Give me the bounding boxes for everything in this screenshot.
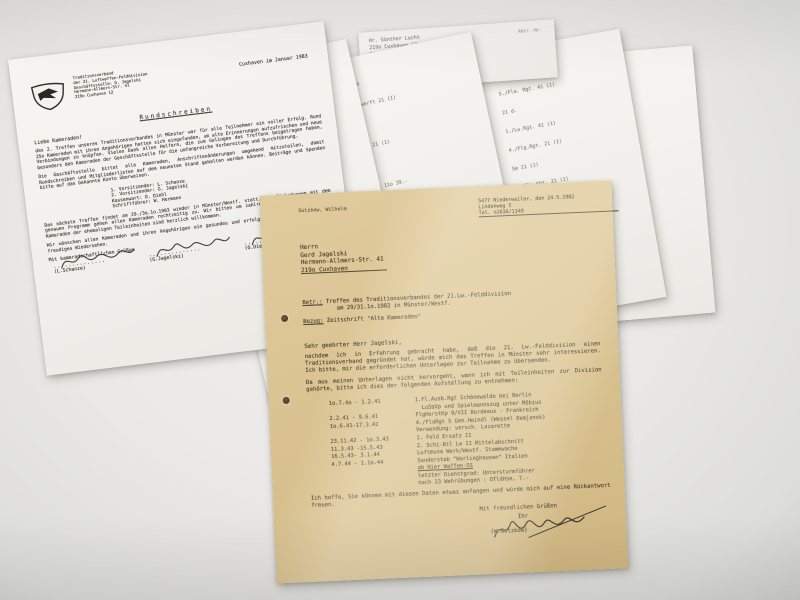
signature-block: .............. (G.Jagelski) <box>149 243 238 264</box>
reference-text: Zeitschrift "Alte Kameraden" <box>327 314 421 324</box>
subject-label: Betr.: <box>302 299 322 306</box>
photo-of-documents: { "scene": { "description": "Photograph … <box>0 0 800 600</box>
reference-label: Bezug: <box>303 318 323 325</box>
subject-block: Betr.: Treffen des Traditionsverbandes d… <box>302 287 599 326</box>
punch-hole <box>281 315 288 322</box>
eagle-shield-icon <box>29 79 69 117</box>
handwritten-signature-icon <box>479 500 611 550</box>
front-letter-header: Gutzkow, Wilhelm 5477 Niederweiler, den … <box>298 193 595 232</box>
signature-block: .............. (L.Schanze) <box>53 255 142 276</box>
circular-letterhead: Traditionsverbandder 21. Luftwaffen-Feld… <box>72 67 149 100</box>
recipient-address-block: HerrnGerd JagelskiHermann-Allmers-Str. 4… <box>300 231 597 274</box>
punch-hole <box>283 397 290 404</box>
front-signature-area: (W.Gutzkow) <box>312 516 609 559</box>
sender-note: Gutzkow, Wilhelm <box>298 206 346 214</box>
circular-date: Cuxhaven im Januar 1983 <box>239 53 308 67</box>
sender-address-block: 5477 Niederweiler, den 24.5.1982 Lindenw… <box>478 192 619 217</box>
front-letter: Gutzkow, Wilhelm 5477 Niederweiler, den … <box>260 181 629 584</box>
service-record-table: 1o.7.4o - 1.2.41 1.Fl.Ausb.Rgt Schönewal… <box>329 389 606 469</box>
